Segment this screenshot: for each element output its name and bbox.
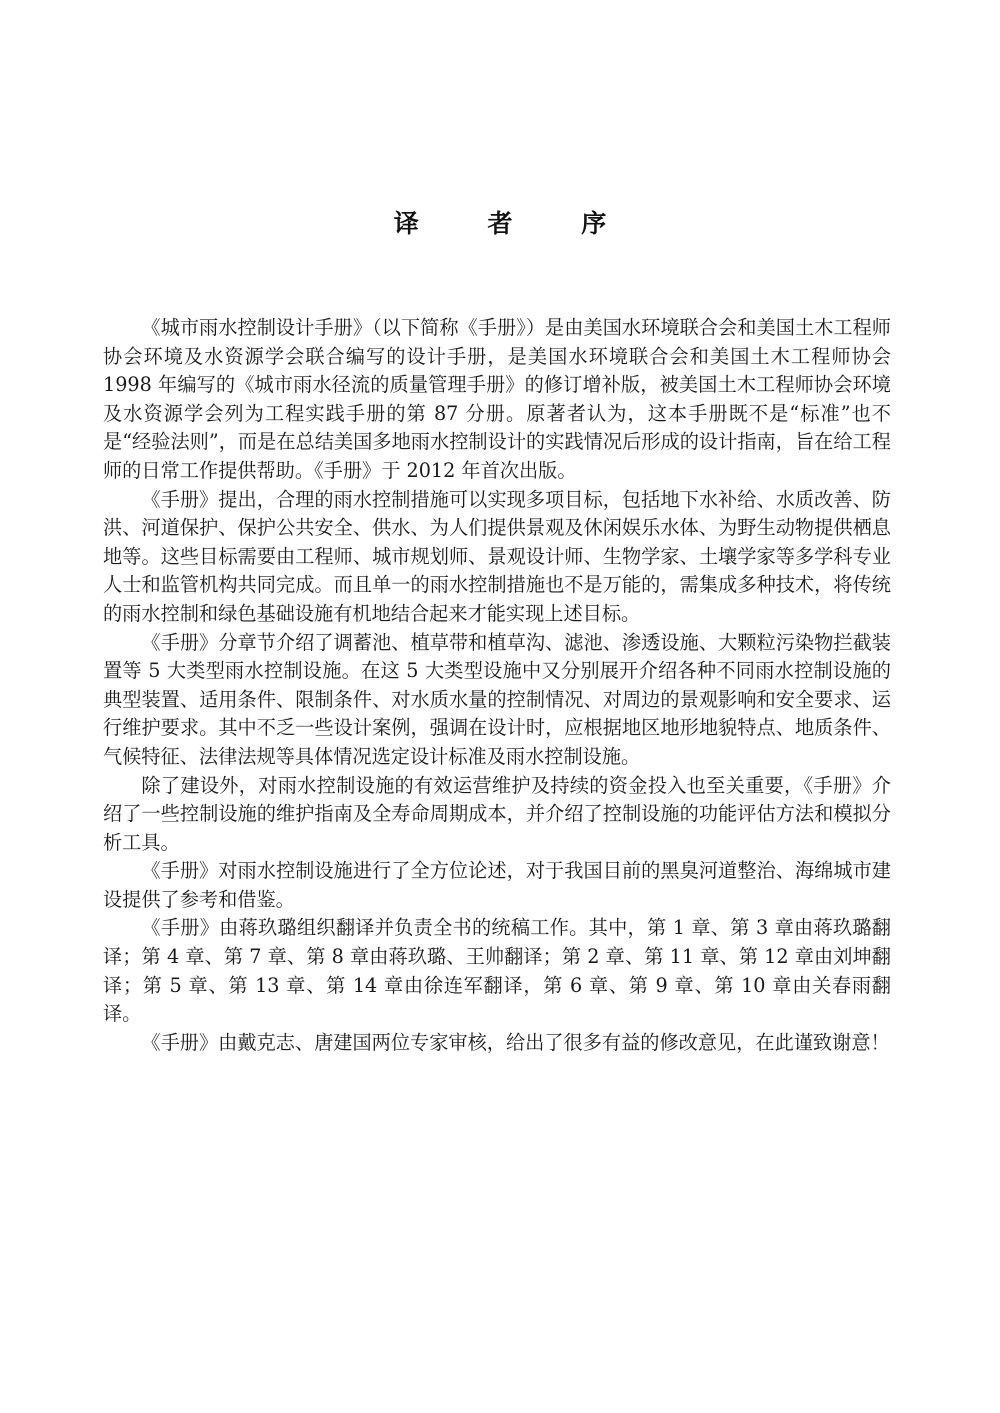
paragraph-acknowledgement: 《手册》由戴克志、唐建国两位专家审核，给出了很多有益的修改意见，在此谨致谢意！ [103,1029,891,1058]
page-title: 译 者 序 [0,204,1000,240]
paragraph-facility-types: 《手册》分章节介绍了调蓄池、植草带和植草沟、滤池、渗透设施、大颗粒污染物拦截装置… [103,629,891,772]
paragraph-significance: 《手册》对雨水控制设施进行了全方位论述，对于我国目前的黑臭河道整治、海绵城市建设… [103,857,891,914]
paragraph-intro: 《城市雨水控制设计手册》（以下简称《手册》）是由美国水环境联合会和美国土木工程师… [103,314,891,486]
paragraph-goals: 《手册》提出，合理的雨水控制措施可以实现多项目标，包括地下水补给、水质改善、防洪… [103,486,891,629]
document-page: 译 者 序 《城市雨水控制设计手册》（以下简称《手册》）是由美国水环境联合会和美… [0,0,1000,1413]
paragraph-maintenance: 除了建设外，对雨水控制设施的有效运营维护及持续的资金投入也至关重要，《手册》介绍… [103,772,891,858]
paragraph-translators: 《手册》由蒋玖璐组织翻译并负责全书的统稿工作。其中，第 1 章、第 3 章由蒋玖… [103,914,891,1028]
preface-body: 《城市雨水控制设计手册》（以下简称《手册》）是由美国水环境联合会和美国土木工程师… [103,314,891,1057]
